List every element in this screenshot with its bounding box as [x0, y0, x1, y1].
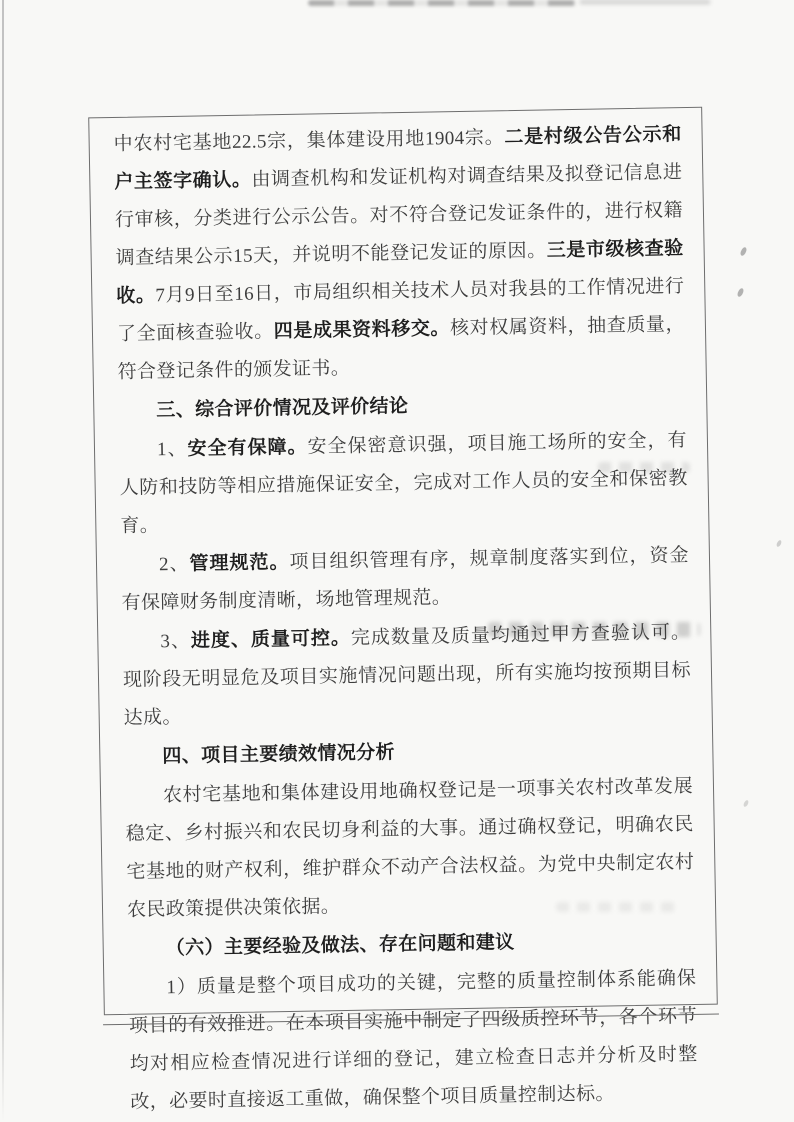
body-paragraph: 3、进度、质量可控。完成数量及质量均通过甲方查验认可。现阶段无明显危及项目实施情…: [122, 614, 692, 738]
scan-speck: [743, 800, 749, 808]
body-paragraph: 2、管理规范。项目组织管理有序，规章制度落实到位，资金有保障财务制度清晰，场地管…: [121, 537, 690, 623]
body-paragraph: 1）质量是整个项目成功的关键，完整的质量控制体系能确保项目的有效推进。在本项目实…: [128, 960, 699, 1122]
scan-speck: [740, 246, 748, 256]
text-run: 中农村宅基地22.5宗，集体建设用地1904宗。: [114, 127, 505, 155]
bold-text-run: （六）主要经验及做法、存在问题和建议: [166, 932, 515, 959]
bold-text-run: 管理规范。: [189, 552, 289, 575]
body-paragraph: 1、安全有保障。安全保密意识强，项目施工场所的安全，有人防和技防等相应措施保证安…: [119, 422, 689, 546]
document-blocks: 中农村宅基地22.5宗，集体建设用地1904宗。二是村级公告公示和户主签字确认。…: [113, 116, 698, 1122]
bold-text-run: 四、项目主要绩效情况分析: [162, 742, 395, 767]
bold-text-run: 安全有保障。: [187, 437, 307, 460]
scan-speck: [776, 540, 782, 548]
bold-text-run: 四是成果资料移交。: [274, 318, 451, 342]
text-run: 2、: [159, 554, 190, 576]
text-run: 1、: [157, 439, 188, 461]
report-table-cell: 中农村宅基地22.5宗，集体建设用地1904宗。二是村级公告公示和户主签字确认。…: [88, 107, 718, 1016]
body-paragraph: 中农村宅基地22.5宗，集体建设用地1904宗。二是村级公告公示和户主签字确认。…: [113, 116, 686, 392]
scanner-smudge-artifact: [580, 0, 710, 4]
scanner-smudge-artifact: [308, 0, 576, 6]
bold-text-run: 进度、质量可控。: [191, 628, 351, 652]
text-run: 3、: [160, 631, 191, 653]
scan-edge-line: [2, 0, 4, 1122]
bold-text-run: 三、综合评价情况及评价结论: [156, 396, 408, 421]
scanned-page: 中农村宅基地22.5宗，集体建设用地1904宗。二是村级公告公示和户主签字确认。…: [0, 0, 794, 1122]
text-run: 农村宅基地和集体建设用地确权登记是一项事关农村改革发展稳定、乡村振兴和农民切身利…: [126, 776, 695, 921]
text-run: 1）质量是整个项目成功的关键，完整的质量控制体系能确保项目的有效推进。在本项目实…: [129, 968, 698, 1113]
scan-speck: [737, 287, 745, 297]
body-paragraph: 农村宅基地和集体建设用地确权登记是一项事关农村改革发展稳定、乡村振兴和农民切身利…: [125, 768, 696, 930]
